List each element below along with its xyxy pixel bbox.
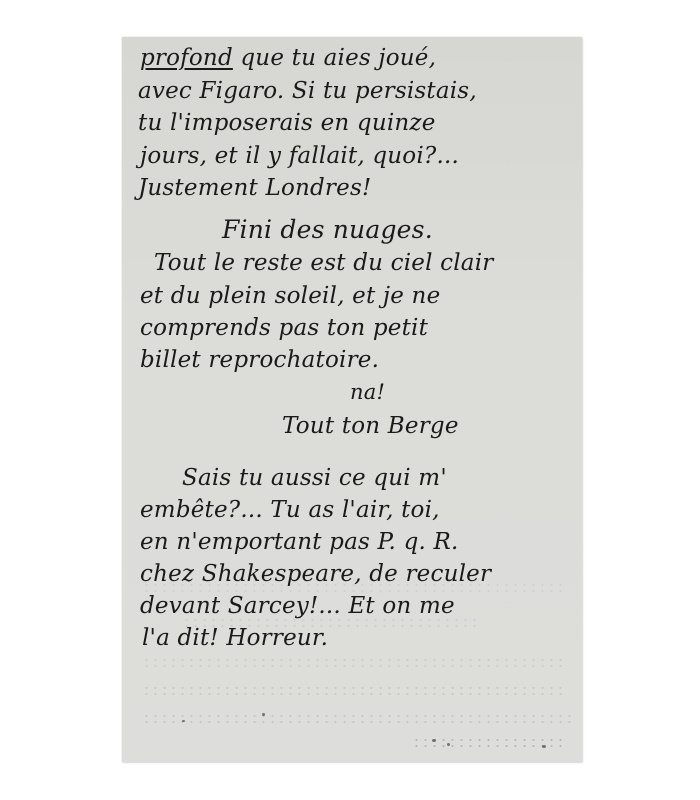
letter-line-8: comprends pas ton petit (140, 317, 428, 340)
letter-line-5: Justement Londres! (138, 177, 371, 200)
letter-line-7: et du plein soleil, et je ne (140, 285, 440, 308)
letter-line-14: devant Sarcey!... Et on me (140, 595, 455, 618)
bleed-through-marks (142, 657, 562, 667)
letter-page: profond que tu aies joué, avec Figaro. S… (122, 37, 582, 762)
letter-line-1: profond que tu aies joué, (140, 47, 436, 70)
bleed-through-marks (142, 713, 572, 723)
ink-speck (182, 720, 185, 722)
section-heading: Fini des nuages. (222, 217, 433, 242)
bleed-through-marks (142, 582, 562, 592)
signature: Tout ton Berge (282, 415, 459, 438)
bleed-through-marks (142, 685, 562, 695)
ink-speck (432, 739, 436, 742)
letter-line-1-rest: que tu aies joué, (233, 45, 436, 71)
letter-line-3: tu l'imposerais en quinze (138, 112, 436, 135)
ink-speck (542, 745, 546, 748)
underlined-word: profond (140, 45, 233, 71)
letter-line-12: en n'emportant pas P. q. R. (140, 531, 459, 554)
letter-line-10: Sais tu aussi ce qui m' (182, 467, 447, 490)
interjection: na! (350, 382, 385, 403)
letter-line-11: embête?... Tu as l'air, toi, (140, 499, 440, 522)
ink-speck (262, 713, 265, 716)
letter-line-9: billet reprochatoire. (140, 349, 379, 372)
bleed-through-marks (182, 617, 482, 627)
letter-line-2: avec Figaro. Si tu persistais, (138, 80, 477, 103)
letter-line-15: l'a dit! Horreur. (142, 627, 328, 650)
letter-line-6: Tout le reste est du ciel clair (154, 252, 493, 275)
ink-speck (447, 743, 450, 746)
letter-line-4: jours, et il y fallait, quoi?... (140, 145, 459, 168)
